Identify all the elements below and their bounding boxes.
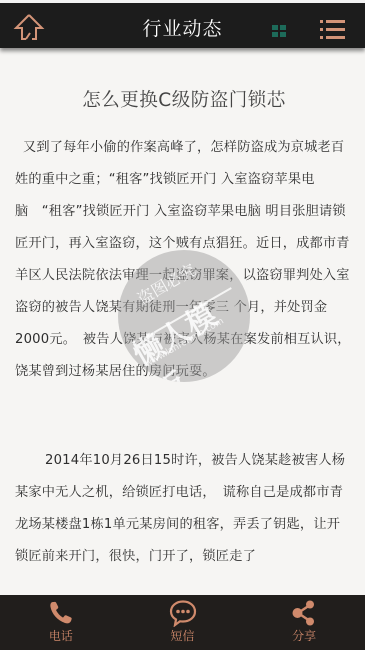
page: 行业动态 怎么更换C级防盗门锁芯 又到了每年小偷的作案高峰了，怎样防盗成为京城老… [0,0,365,650]
article-content: 怎么更换C级防盗门锁芯 又到了每年小偷的作案高峰了，怎样防盗成为京城老百姓的重中… [0,48,365,573]
nav-label: 电话 [0,627,122,644]
bottom-nav: 电话 短信 分享 [0,595,365,650]
article-paragraph: 又到了每年小偷的作案高峰了，怎样防盗成为京城老百姓的重中之重；“租客”找锁匠开门… [15,132,353,388]
grid-view-button[interactable] [272,25,288,39]
message-icon [168,599,198,627]
nav-item-message[interactable]: 短信 [122,595,244,650]
nav-item-share[interactable]: 分享 [243,595,365,650]
top-header: 行业动态 [0,0,365,48]
article-paragraph: 2014年10月26日15时许，被告人饶某趁被害人杨某家中无人之机，给锁匠打电话… [15,445,353,573]
menu-button[interactable] [320,20,348,44]
nav-label: 分享 [243,627,365,644]
article-title: 怎么更换C级防盗门锁芯 [15,86,353,112]
phone-icon [46,599,76,627]
share-icon [289,599,319,627]
page-title: 行业动态 [0,14,365,41]
nav-label: 短信 [122,627,244,644]
nav-item-phone[interactable]: 电话 [0,595,122,650]
